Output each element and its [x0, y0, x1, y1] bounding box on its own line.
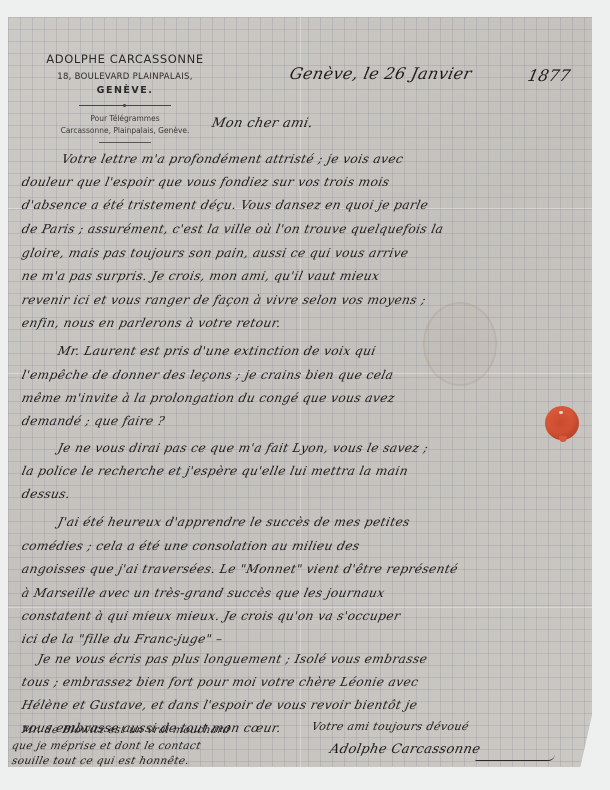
postscript-line: que je méprise et dont le contact: [11, 740, 202, 752]
body-line: J'ai été heureux d'apprendre le succès d…: [57, 515, 412, 529]
place-date: Genève, le 26 Janvier: [288, 64, 474, 83]
body-line: l'empêche de donner des leçons ; je crai…: [21, 368, 395, 382]
body-line: demandé ; que faire ?: [21, 414, 167, 428]
letterhead-divider: [79, 105, 171, 106]
year: 1877: [526, 66, 572, 85]
body-line: Hélène et Gustave, et dans l'espoir de v…: [21, 698, 419, 712]
seal-hole: [559, 411, 563, 414]
telegram-address: Carcassonne, Plainpalais, Genève.: [30, 126, 220, 135]
body-line: comédies ; cela a été une consolation au…: [21, 539, 362, 553]
body-line: enfin, nous en parlerons à votre retour.: [21, 316, 283, 330]
body-line: angoisses que j'ai traversées. Le "Monne…: [21, 562, 460, 576]
body-line: tous ; embrassez bien fort pour moi votr…: [21, 675, 420, 689]
body-line: Mr. Laurent est pris d'une extinction de…: [57, 344, 378, 358]
salutation: Mon cher ami.: [210, 116, 314, 131]
postscript-line: souille tout ce qui est honnête.: [11, 755, 191, 767]
body-line: dessus.: [21, 487, 72, 501]
letterhead-city: GENÈVE.: [30, 85, 220, 96]
body-line: douleur que l'espoir que vous fondiez su…: [21, 175, 391, 189]
body-line: à Marseille avec un très-grand succès qu…: [21, 586, 387, 600]
body-line: de Paris ; assurément, c'est la ville où…: [21, 222, 445, 236]
body-line: Votre lettre m'a profondément attristé ;…: [61, 152, 405, 166]
body-line: la police le recherche et j'espère qu'el…: [21, 464, 410, 478]
body-line: constatent à qui mieux mieux. Je crois q…: [21, 609, 402, 623]
letterhead-name: ADOLPHE CARCASSONNE: [30, 52, 220, 66]
body-line: d'absence a été tristement déçu. Vous da…: [21, 198, 430, 212]
body-line: gloire, mais pas toujours son pain, auss…: [21, 246, 410, 260]
body-line: ne m'a pas surpris. Je crois, mon ami, q…: [21, 269, 381, 283]
signature-flourish: [475, 754, 555, 761]
body-line: Je ne vous écris pas plus longuement ; I…: [37, 652, 429, 666]
letterhead: ADOLPHE CARCASSONNE 18, BOULEVARD PLAINP…: [30, 52, 220, 143]
signature: Adolphe Carcassonne: [328, 742, 482, 757]
letterhead-divider: [99, 142, 151, 143]
body-line: Je ne vous dirai pas ce que m'a fait Lyo…: [57, 441, 430, 455]
red-wax-seal: [545, 406, 579, 440]
water-stain: [423, 302, 497, 386]
body-line: revenir ici et vous ranger de façon à vi…: [21, 293, 428, 307]
closing: Votre ami toujours dévoué: [311, 720, 471, 733]
letterhead-address: 18, BOULEVARD PLAINPALAIS,: [30, 72, 220, 82]
telegram-label: Pour Télégrammes: [30, 114, 220, 123]
postscript-line: Mr. de Blowitz est un vrai mouchard: [21, 724, 232, 736]
body-line: ici de la "fille du Franc-juge" –: [21, 632, 225, 646]
body-line: même m'invite à la prolongation du congé…: [21, 391, 397, 405]
